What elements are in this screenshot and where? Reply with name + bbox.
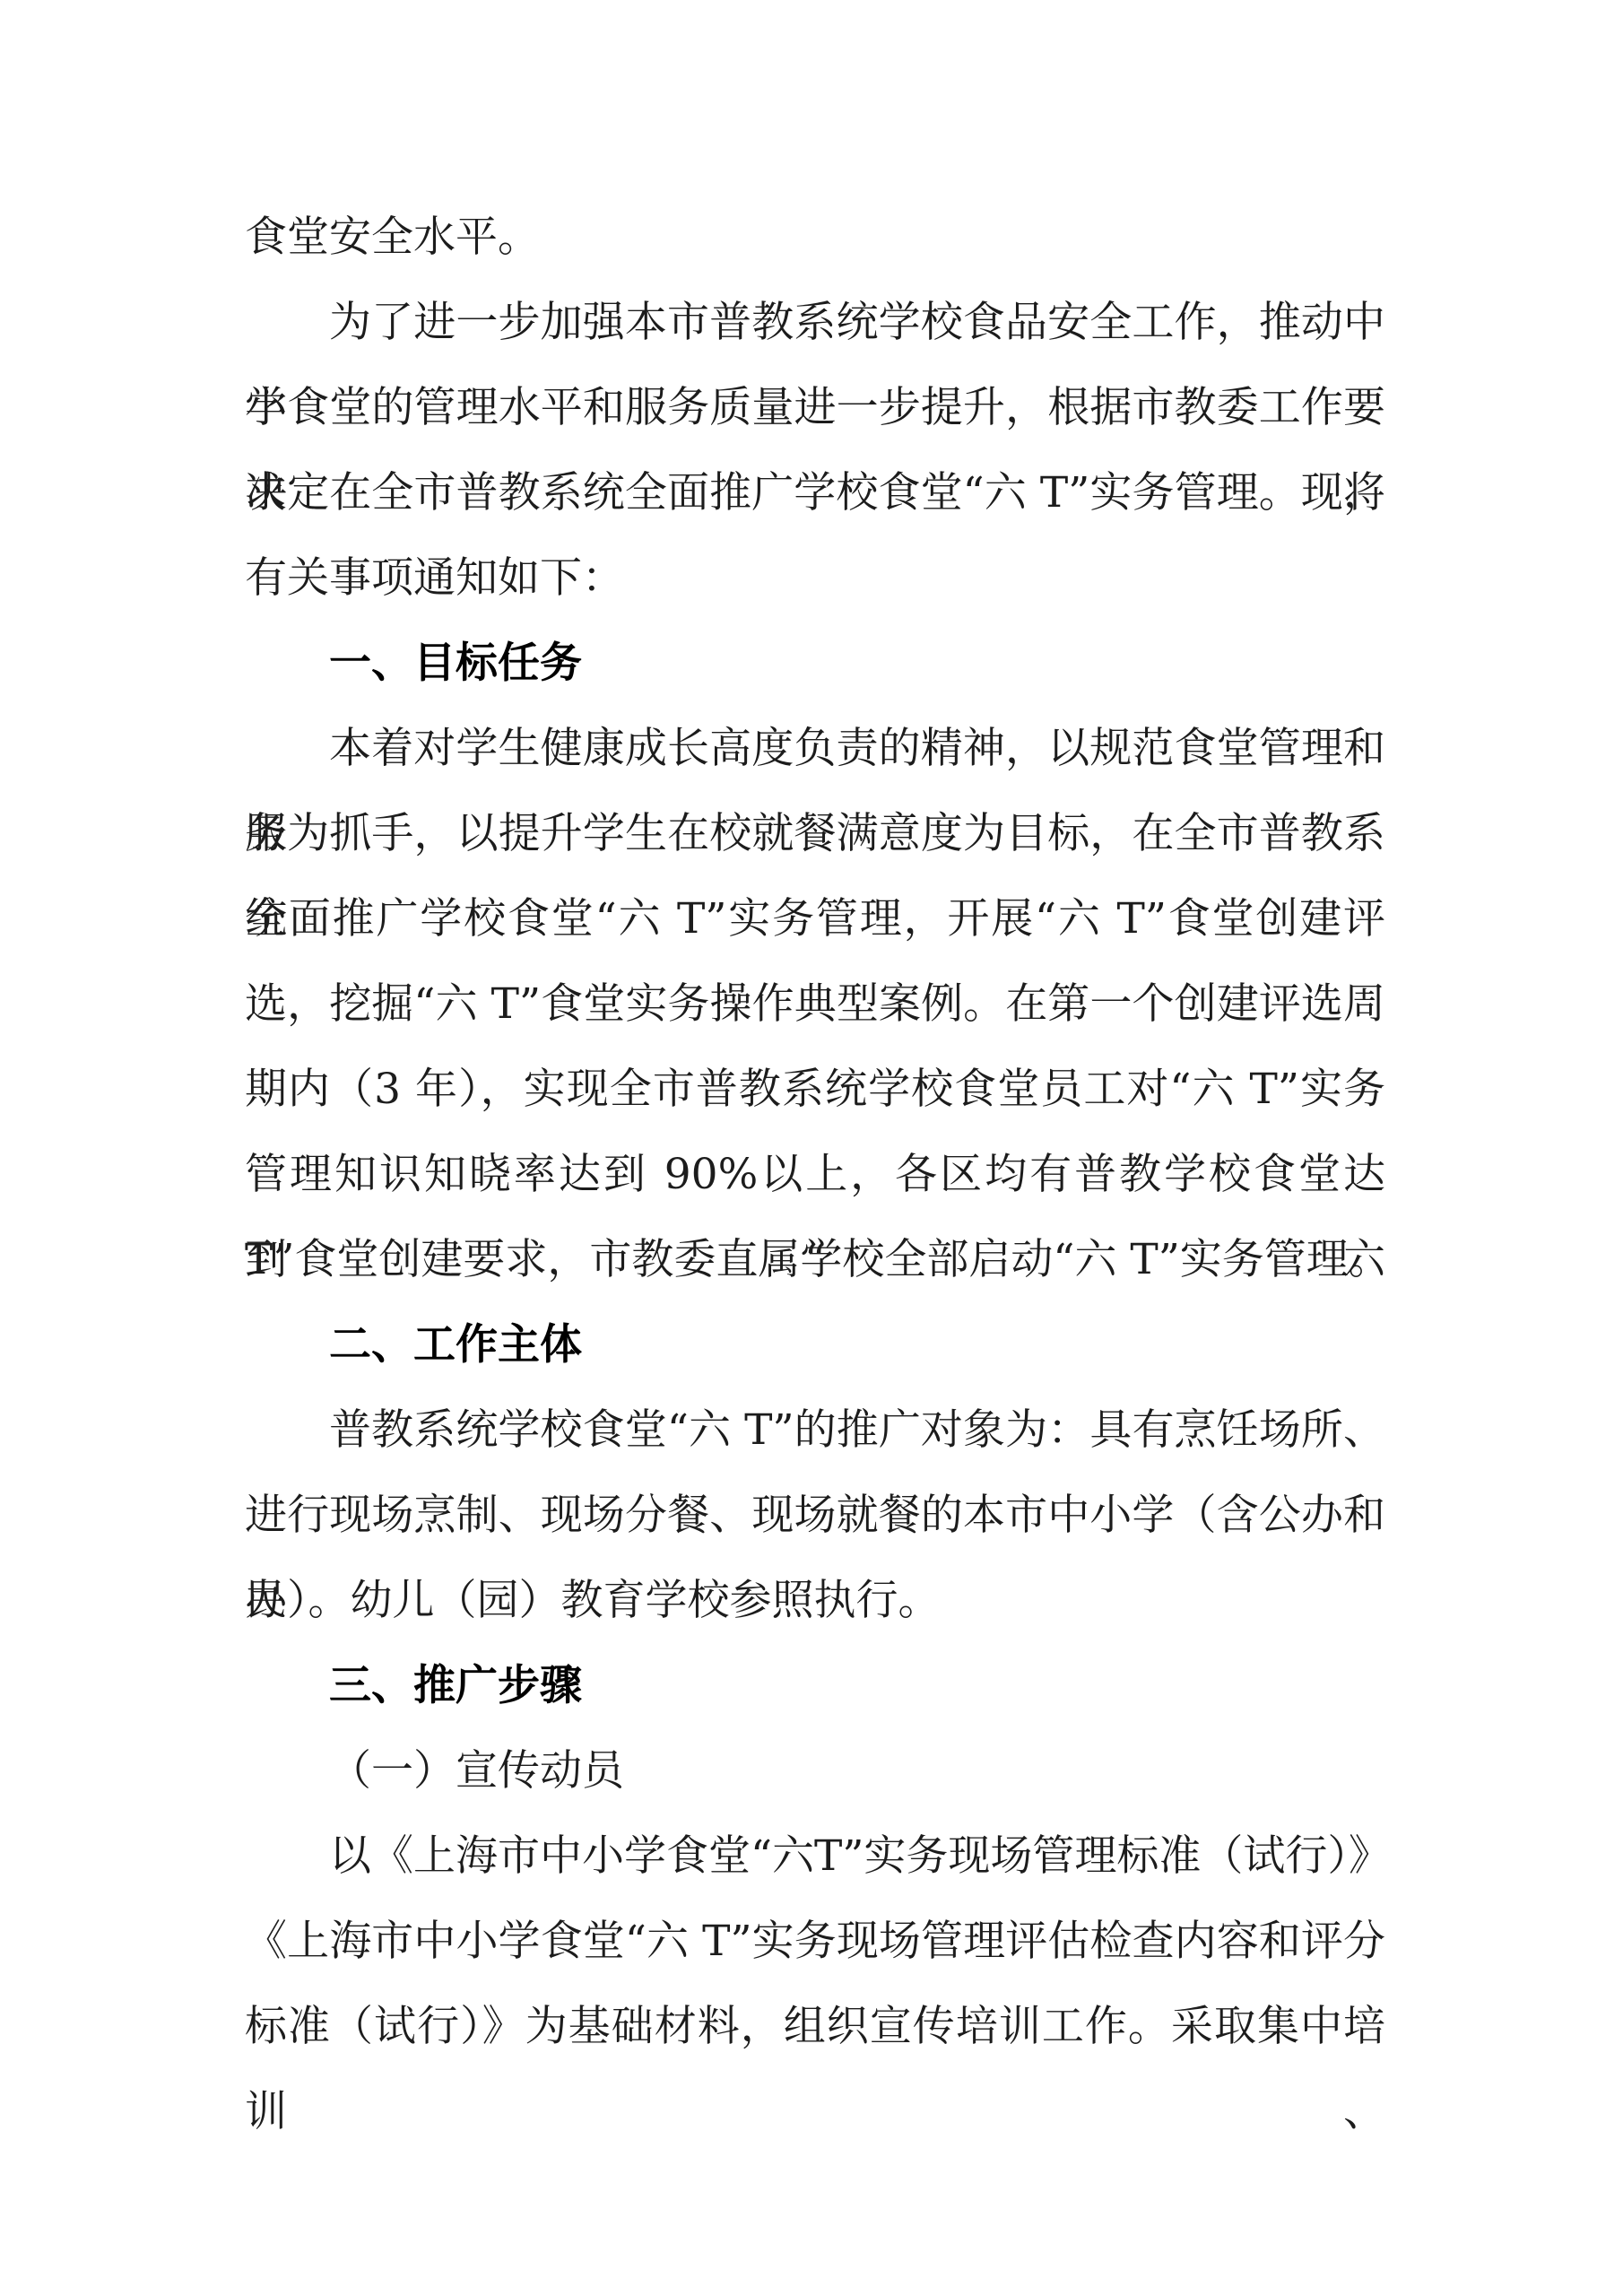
paragraph-line: 《上海市中小学食堂“六 T”实务现场管理评估检查内容和评分 [245, 1899, 1385, 1984]
paragraph-line: 进行现场烹制、现场分餐、现场就餐的本市中小学（含公办和民 [245, 1473, 1385, 1558]
paragraph-end-line: 食堂安全水平。 [245, 195, 1385, 280]
section-heading-1: 一、目标任务 [245, 621, 1385, 706]
paragraph-line: 决定在全市普教系统全面推广学校食堂“六 T”实务管理。现将 [245, 450, 1385, 535]
paragraph-first-line: 以《上海市中小学食堂“六T”实务现场管理标准（试行）》 [245, 1813, 1385, 1899]
paragraph-line: 学食堂的管理水平和服务质量进一步提升，根据市教委工作要求， [245, 365, 1385, 450]
paragraph-line: 管理知识知晓率达到 90%以上，各区均有普教学校食堂达到“六 [245, 1132, 1385, 1217]
paragraph-line: 全面推广学校食堂“六 T”实务管理，开展“六 T”食堂创建评 [245, 876, 1385, 961]
paragraph-first-line: 为了进一步加强本市普教系统学校食品安全工作，推动中小 [245, 280, 1385, 365]
section-heading-3: 三、推广步骤 [245, 1643, 1385, 1728]
paragraph-first-line: 本着对学生健康成长高度负责的精神，以规范食堂管理和服 [245, 706, 1385, 791]
paragraph-line: 务为抓手，以提升学生在校就餐满意度为目标，在全市普教系统 [245, 791, 1385, 876]
paragraph-end-line: 办）。幼儿（园）教育学校参照执行。 [245, 1558, 1385, 1643]
document-body: 食堂安全水平。 为了进一步加强本市普教系统学校食品安全工作，推动中小 学食堂的管… [245, 195, 1385, 2069]
paragraph-first-line: 普教系统学校食堂“六 T”的推广对象为：具有烹饪场所、 [245, 1387, 1385, 1473]
section-heading-2: 二、工作主体 [245, 1302, 1385, 1387]
subsection-heading: （一）宣传动员 [245, 1728, 1385, 1813]
paragraph-line: 期内（3 年），实现全市普教系统学校食堂员工对“六 T”实务 [245, 1047, 1385, 1132]
paragraph-line: 选，挖掘“六 T”食堂实务操作典型案例。在第一个创建评选周 [245, 961, 1385, 1047]
document-page: 食堂安全水平。 为了进一步加强本市普教系统学校食品安全工作，推动中小 学食堂的管… [0, 0, 1623, 2296]
paragraph-line: 标准（试行）》为基础材料，组织宣传培训工作。采取集中培训、 [245, 1984, 1385, 2069]
paragraph-end-line: T”食堂创建要求，市教委直属学校全部启动“六 T”实务管理。 [245, 1217, 1385, 1302]
paragraph-end-line: 有关事项通知如下： [245, 535, 1385, 621]
